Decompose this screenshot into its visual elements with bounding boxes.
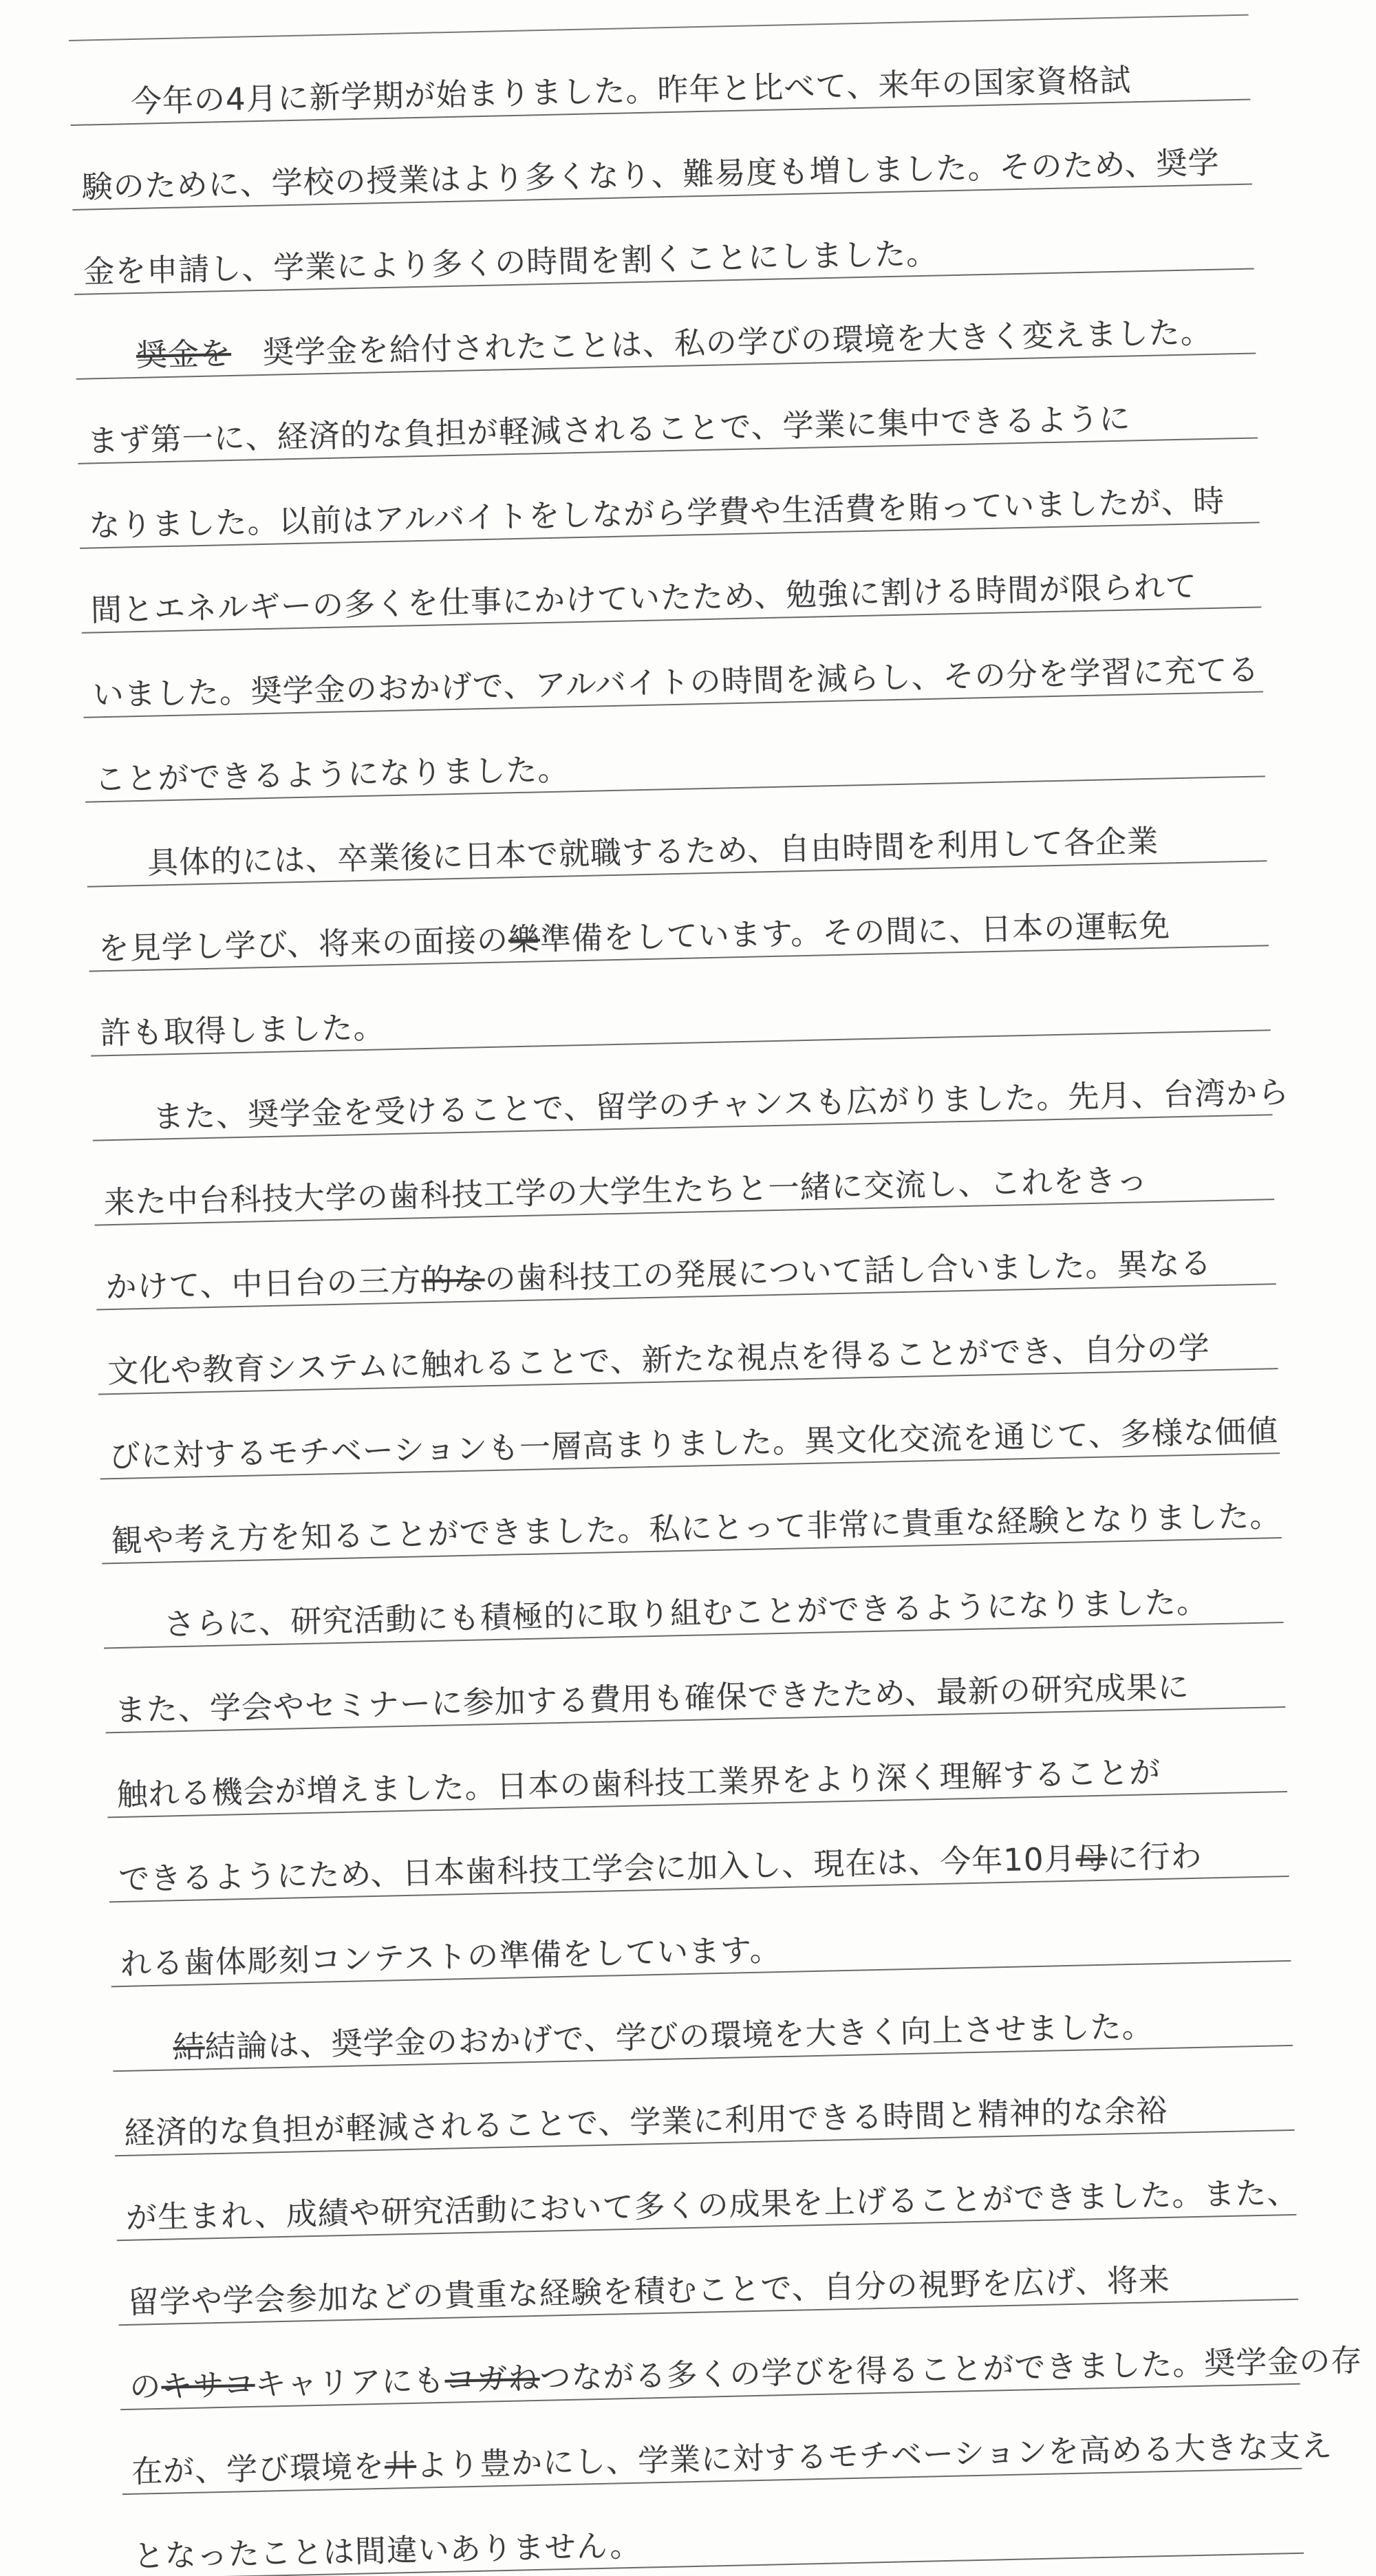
struck-out-text: 奨金を	[136, 335, 231, 374]
line-text: に行わ	[1107, 1838, 1203, 1876]
line-text: かけて、中日台の三方	[105, 1263, 422, 1306]
line-text: キャリアにも	[255, 2362, 445, 2403]
struck-out-text: キサコ	[161, 2366, 255, 2405]
struck-out-text: コガね	[444, 2360, 540, 2398]
line-text: ことができるようになりました。	[94, 751, 570, 798]
line-text: の	[129, 2368, 162, 2405]
scanned-handwritten-document: 今年の4月に新学期が始まりました。昨年と比べて、来年の国家資格試験のために、学校…	[0, 0, 1376, 2576]
struck-out-text: 的な	[421, 1260, 485, 1298]
handwritten-line: となったことは間違いありません。	[133, 2513, 1304, 2575]
line-text: 在が、学び環境を	[131, 2448, 385, 2490]
line-text: となったことは間違いありません。	[133, 2527, 642, 2575]
struck-out-text: 樂	[508, 921, 540, 958]
line-text: 許も取得しました。	[100, 1009, 385, 1052]
struck-out-text: 母	[1075, 1840, 1108, 1877]
ruled-paper-sheet: 今年の4月に新学期が始まりました。昨年と比べて、来年の国家資格試験のために、学校…	[69, 14, 1304, 2576]
struck-out-text: 結	[173, 2029, 205, 2066]
struck-out-text: 廾	[384, 2447, 416, 2484]
line-text: を見学し学び、将来の面接の	[98, 922, 508, 967]
